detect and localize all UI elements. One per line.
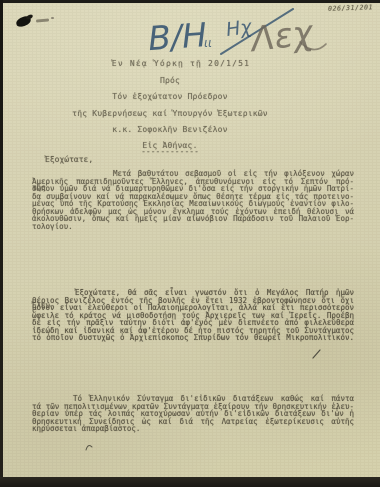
scan-edge-top [0,0,380,3]
typed-line: Τό Ἑλληνικόν Σύνταγμα δι'εἰδικῶν διατάξε… [32,392,354,400]
typed-line: θέριος Βενιζέλος ἐντός τῆς βουλῆς ἐν ἔτε… [32,294,354,302]
recipient-line-1: Τόν ἐξοχώτατον Πρόεδρον [20,92,320,101]
typed-line: ἰδεώδη καί ἰδανικά καί ἀφ'ἑτέρου δέ ἦτο … [32,324,354,332]
typed-line: τά τῶν πεπολιτισμένων κρατῶν Συντάγματα … [32,400,354,408]
typed-line: θερίαν ὑπέρ τάς λοιπάς κατοχύρωσαν αὐτήν… [32,407,354,415]
archive-reference-number: 026/31/201 [328,3,373,13]
salutation: Ἐξοχώτατε, [45,155,93,164]
paragraph-1: Μετά βαθυτάτου σεβασμοῦ οἱ εἰς τήν φιλόξ… [32,167,354,234]
scan-edge-left [0,0,3,487]
typed-line: δα συμβαίνουν καί νά παρακαλέσωμεν ὅπως … [32,190,354,198]
paper-speck [51,17,54,19]
typed-line: τό ὁποῖον δυστυχῶς ὁ Ἀρχιεπίσκοπος Σπυρί… [32,331,354,339]
typed-line: θρησκευτική Συνείδησις ὡς καί διά τῆς Λα… [32,415,354,423]
typed-line: ἀκολουθῶσιν, ὅπως καί ἡμεῖς μίαν αἰωνόβι… [32,212,354,220]
scan-edge-bottom [0,477,380,487]
scanned-letter-page: { "colors": { "paper": "#d6d2b2", "typew… [0,0,380,487]
typed-line: μόνον εἶναι ἐλεύθεροι οἱ Παλαιοημερολογῖ… [32,301,354,309]
typed-line: δέ εἰς τήν πρᾶξιν ταύτην διότι ἀφ'ἑνός μ… [32,316,354,324]
typed-line: σωπον ὑμῶν διά νά διαμαρτυρηθῶμεν δι'ὅσα… [32,182,354,190]
dateline: Ἐν Νέᾳ Ὑόρκῃ τῇ 20/1/51 [31,59,331,68]
typed-line: Ἀμερικῆς παρεπιδημοῦντες Ἕλληνες, ἀπευθυ… [32,175,354,183]
paragraph-3: Τό Ἑλληνικόν Σύνταγμα δι'εἰδικῶν διατάξε… [32,392,354,436]
paragraph-2: Ἐξοχώτατε, θά σᾶς εἶναι γνωστόν ὅτι ὁ Με… [32,286,354,339]
typed-line: Ἐξοχώτατε, θά σᾶς εἶναι γνωστόν ὅτι ὁ Με… [32,286,354,294]
recipient-line-2: τῆς Κυβερνήσεως καί Ὑπουργόν Ἐξωτερικῶν [20,109,320,118]
typed-line: μένας ὑπό τῆς Κρατούσης Ἐκκλησίας Μεσαιω… [32,197,354,205]
typed-line: Μετά βαθυτάτου σεβασμοῦ οἱ εἰς τήν φιλόξ… [32,167,354,175]
recipient-line-3: κ.κ. Σοφοκλῆν Βενιζέλον [20,125,320,134]
typed-line: ὤφειλε τό κράτος νά μισθοδοτήσῃ τούς Ἀρχ… [32,309,354,317]
typed-line: θρήσκων ἀδελφῶν μας ὡς μόνον ἔγκλημα τού… [32,205,354,213]
heading-to: Πρός [20,76,320,85]
